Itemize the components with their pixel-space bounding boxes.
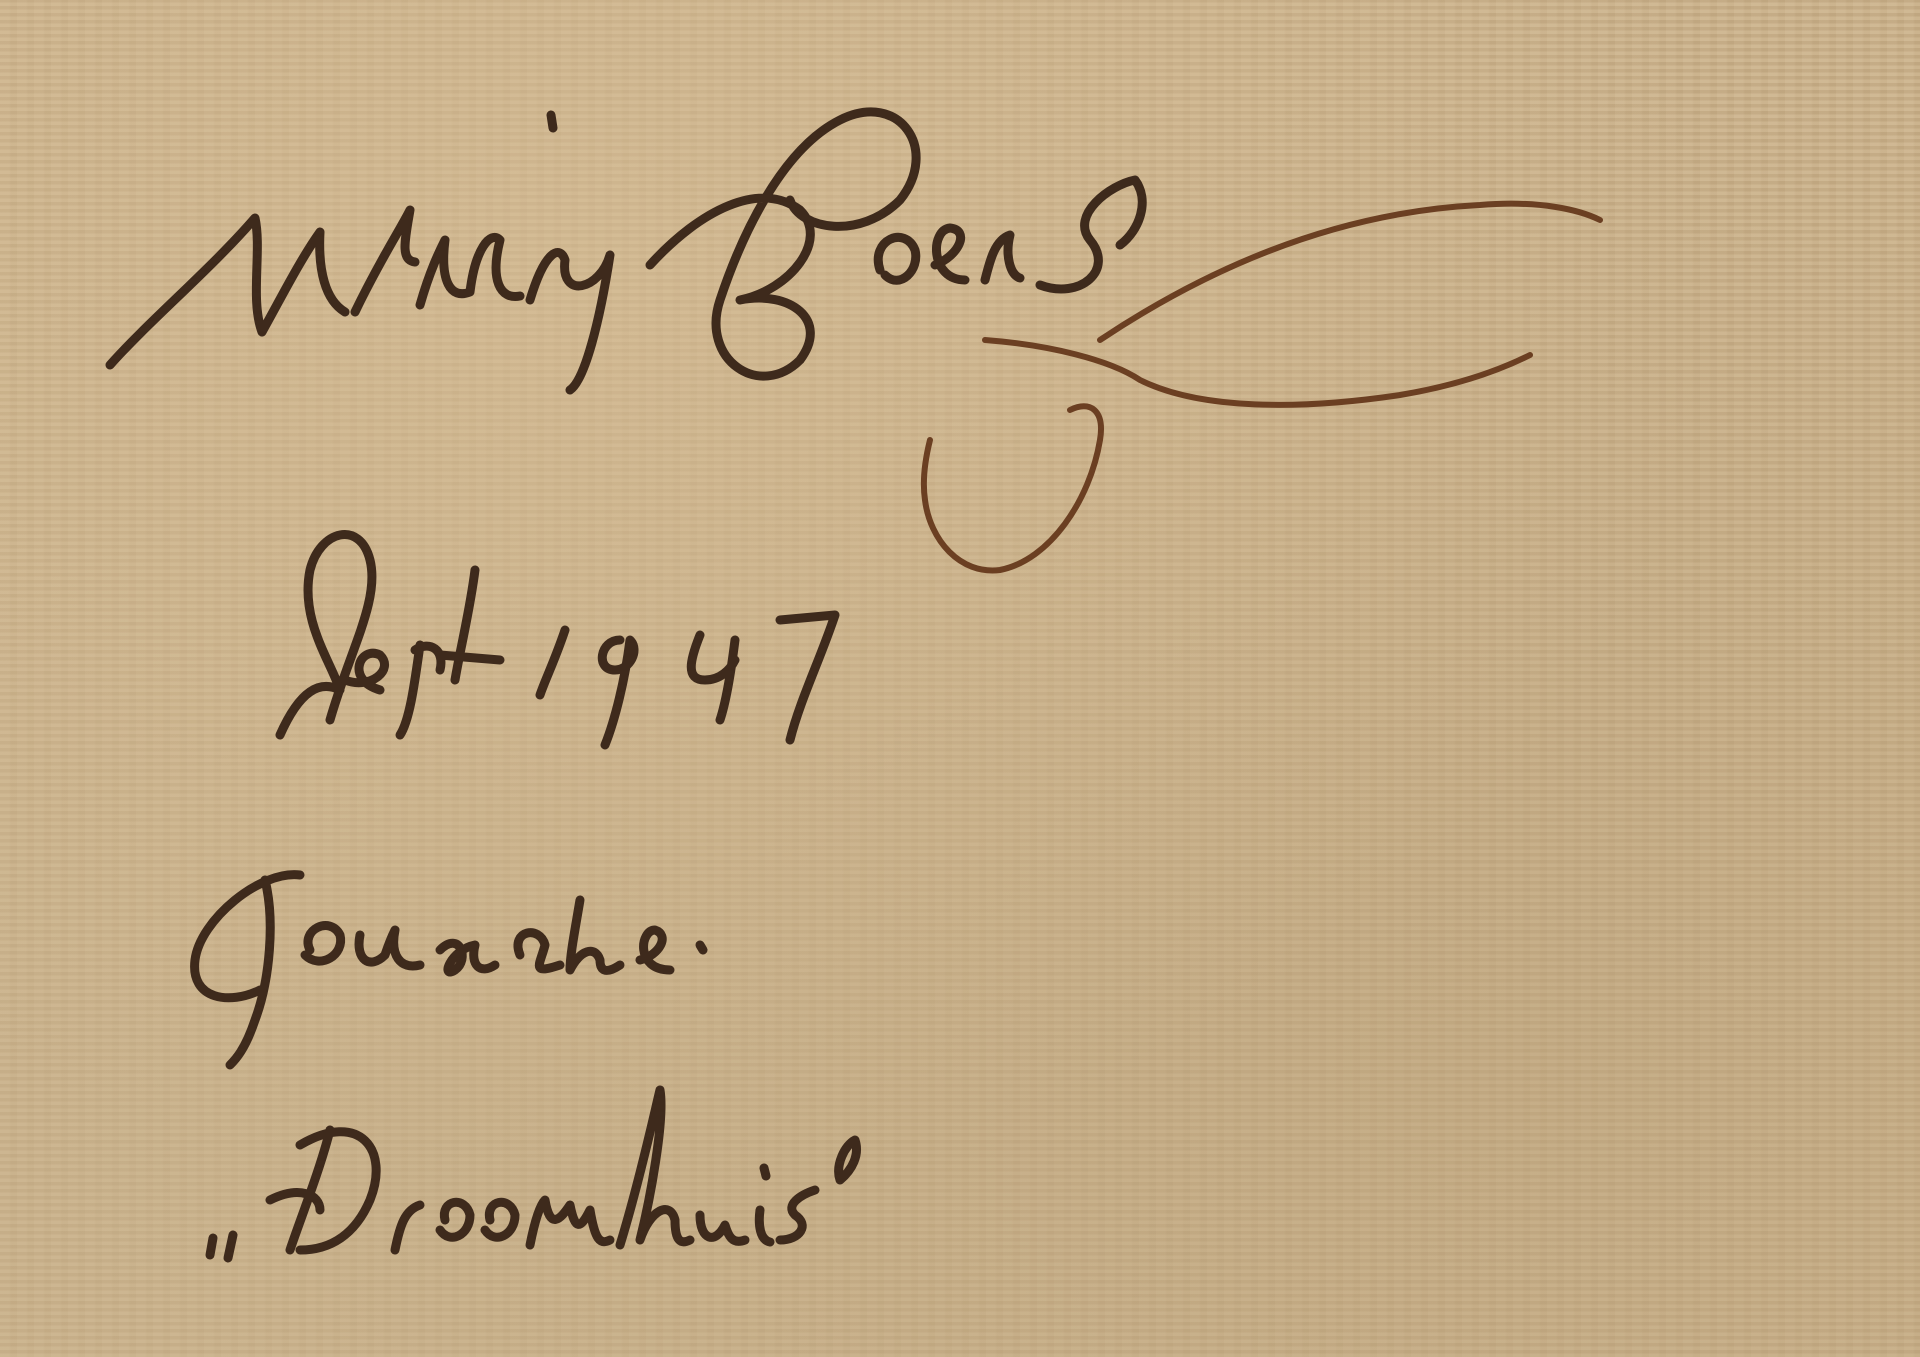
title-line: „Droomhuis" — [217, 1068, 1200, 1248]
medium-line: Gouache. — [184, 834, 951, 1034]
paper-background: Willy Boers Sept 1947 Gouache. „Droomhui… — [0, 0, 1920, 1357]
